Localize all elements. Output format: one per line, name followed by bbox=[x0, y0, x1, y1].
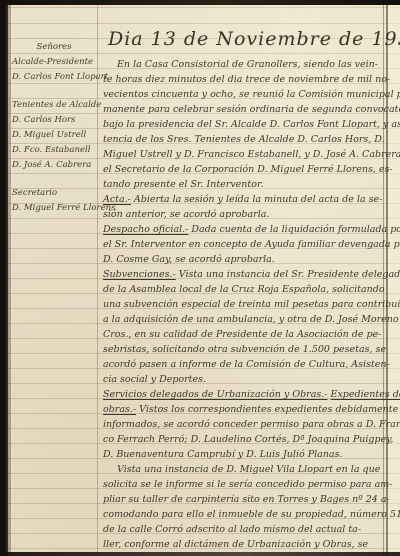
body-text: a la adquisición de una ambulancia, y ot… bbox=[103, 314, 400, 325]
manuscript-line: co Ferrach Perró; D. Laudelino Cortés, D… bbox=[103, 432, 385, 447]
body-text: informados, se acordó conceder permiso p… bbox=[103, 419, 400, 430]
body-text: co Ferrach Perró; D. Laudelino Cortés, D… bbox=[103, 434, 393, 445]
body-text: solicita se le informe si le sería conce… bbox=[103, 479, 393, 490]
manuscript-line: D. Cosme Gay, se acordó aprobarla. bbox=[103, 252, 385, 267]
section-heading: Subvenciones.- bbox=[103, 269, 176, 280]
section-heading: Despacho oficial.- bbox=[103, 224, 188, 235]
manuscript-line: Vista una instancia de D. Miguel Vila Ll… bbox=[103, 462, 385, 477]
body-text: tencia de los Sres. Tenientes de Alcalde… bbox=[103, 134, 385, 145]
manuscript-line: tando presente el Sr. Interventor. bbox=[103, 177, 385, 192]
manuscript-line: tencia de los Sres. Tenientes de Alcalde… bbox=[103, 132, 385, 147]
body-text: de la calle Corró adscrito al lado mismo… bbox=[103, 524, 361, 535]
manuscript-line: una subvención especial de treinta mil p… bbox=[103, 297, 385, 312]
manuscript-line: Despacho oficial.- Dada cuenta de la liq… bbox=[103, 222, 385, 237]
margin-note: Secretario bbox=[12, 188, 96, 198]
body-text: el Sr. Interventor en concepto de Ayuda … bbox=[103, 239, 400, 250]
manuscript-line: de la calle Corró adscrito al lado mismo… bbox=[103, 522, 385, 537]
margin-note: Tenientes de Alcalde bbox=[12, 100, 96, 110]
section-heading: obras.- bbox=[103, 404, 136, 415]
body-text: D. Buenaventura Camprubí y D. Luis Julió… bbox=[103, 449, 343, 460]
manuscript-line: vecientos cincuenta y ocho, se reunió la… bbox=[103, 87, 385, 102]
manuscript-line: informados, se acordó conceder permiso p… bbox=[103, 417, 385, 432]
body-text: sebristas, solicitando otra subvención d… bbox=[103, 344, 386, 355]
manuscript-line: En la Casa Consistorial de Granollers, s… bbox=[103, 57, 385, 72]
body-text: Dada cuenta de la liquidación formulada … bbox=[188, 224, 400, 235]
body-text: Vistos los correspondientes expedientes … bbox=[136, 404, 398, 415]
body-text: Miguel Ustrell y D. Francisco Estabanell… bbox=[103, 149, 400, 160]
section-heading: Acta.- bbox=[103, 194, 131, 205]
body-text: acordó pasen a informe de la Comisión de… bbox=[103, 359, 390, 370]
manuscript-line: pliar su taller de carpintería sito en T… bbox=[103, 492, 385, 507]
manuscript-line: te horas diez minutos del dia trece de n… bbox=[103, 72, 385, 87]
body-text: Vista una instancia del Sr. Presidente d… bbox=[176, 269, 400, 280]
body-text: el Secretario de la Corporación D. Migue… bbox=[103, 164, 393, 175]
manuscript-line: Acta.- Abierta la sesión y leída la minu… bbox=[103, 192, 385, 207]
body-text: de la Asamblea local de la Cruz Roja Esp… bbox=[103, 284, 385, 295]
manuscript-line: obras.- Vistos los correspondientes expe… bbox=[103, 402, 385, 417]
section-heading: Expedientes de bbox=[331, 389, 400, 400]
book-binding-edge bbox=[0, 0, 11, 556]
margin-note: Alcalde-Presidente bbox=[12, 57, 96, 67]
page-bottom-edge bbox=[0, 552, 400, 556]
body-text: vecientos cincuenta y ocho, se reunió la… bbox=[103, 89, 400, 100]
manuscript-page: SeñoresAlcalde-PresidenteD. Carlos Font … bbox=[0, 0, 400, 556]
manuscript-line: sión anterior, se acordó aprobarla. bbox=[103, 207, 385, 222]
manuscript-line: a la adquisición de una ambulancia, y ot… bbox=[103, 312, 385, 327]
body-text: En la Casa Consistorial de Granollers, s… bbox=[117, 59, 378, 70]
manuscript-line: solicita se le informe si le sería conce… bbox=[103, 477, 385, 492]
margin-note: D. Miguel Ustrell bbox=[12, 130, 96, 140]
body-text: pliar su taller de carpintería sito en T… bbox=[103, 494, 390, 505]
body-text: una subvención especial de treinta mil p… bbox=[103, 299, 400, 310]
page-title: Dia 13 de Noviembre de 1958 bbox=[108, 28, 388, 50]
minutes-body: En la Casa Consistorial de Granollers, s… bbox=[103, 57, 385, 552]
page-top-edge bbox=[0, 0, 400, 5]
manuscript-line: bajo la presidencia del Sr. Alcalde D. C… bbox=[103, 117, 385, 132]
manuscript-line: el Secretario de la Corporación D. Migue… bbox=[103, 162, 385, 177]
attendees-margin-column: SeñoresAlcalde-PresidenteD. Carlos Font … bbox=[12, 0, 96, 556]
manuscript-line: Subvenciones.- Vista una instancia del S… bbox=[103, 267, 385, 282]
manuscript-line: D. Buenaventura Camprubí y D. Luis Julió… bbox=[103, 447, 385, 462]
body-text: manente para celebrar sesión ordinaria d… bbox=[103, 104, 400, 115]
body-text: Vista una instancia de D. Miguel Vila Ll… bbox=[117, 464, 380, 475]
body-text: comodando para ello el inmueble de su pr… bbox=[103, 509, 400, 520]
manuscript-line: sebristas, solicitando otra subvención d… bbox=[103, 342, 385, 357]
body-text: te horas diez minutos del dia trece de n… bbox=[103, 74, 390, 85]
manuscript-line: el Sr. Interventor en concepto de Ayuda … bbox=[103, 237, 385, 252]
body-text: sión anterior, se acordó aprobarla. bbox=[103, 209, 269, 220]
body-text: ller, conforme al dictámen de Urbanizaci… bbox=[103, 539, 368, 550]
margin-note: Señores bbox=[12, 42, 96, 52]
body-text: cia social y Deportes. bbox=[103, 374, 206, 385]
margin-note: D. Carlos Hors bbox=[12, 115, 96, 125]
manuscript-line: Miguel Ustrell y D. Francisco Estabanell… bbox=[103, 147, 385, 162]
body-text: bajo la presidencia del Sr. Alcalde D. C… bbox=[103, 119, 400, 130]
manuscript-line: de la Asamblea local de la Cruz Roja Esp… bbox=[103, 282, 385, 297]
margin-note: D. José A. Cabrera bbox=[12, 160, 96, 170]
body-text: tando presente el Sr. Interventor. bbox=[103, 179, 263, 190]
manuscript-line: Servicios delegados de Urbanización y Ob… bbox=[103, 387, 385, 402]
left-margin-rule bbox=[97, 0, 98, 556]
margin-note: D. Miguel Ferré Llorens bbox=[12, 203, 96, 213]
body-text: Cros., en su calidad de Presidente de la… bbox=[103, 329, 381, 340]
section-heading: Servicios delegados de Urbanización y Ob… bbox=[103, 389, 327, 400]
manuscript-line: Cros., en su calidad de Presidente de la… bbox=[103, 327, 385, 342]
manuscript-line: ller, conforme al dictámen de Urbanizaci… bbox=[103, 537, 385, 552]
manuscript-line: comodando para ello el inmueble de su pr… bbox=[103, 507, 385, 522]
manuscript-line: acordó pasen a informe de la Comisión de… bbox=[103, 357, 385, 372]
manuscript-line: cia social y Deportes. bbox=[103, 372, 385, 387]
body-text: D. Cosme Gay, se acordó aprobarla. bbox=[103, 254, 275, 265]
margin-note: D. Carlos Font Llopart bbox=[12, 72, 96, 82]
margin-note: D. Fco. Estabanell bbox=[12, 145, 96, 155]
body-text: Abierta la sesión y leída la minuta del … bbox=[131, 194, 382, 205]
manuscript-line: manente para celebrar sesión ordinaria d… bbox=[103, 102, 385, 117]
